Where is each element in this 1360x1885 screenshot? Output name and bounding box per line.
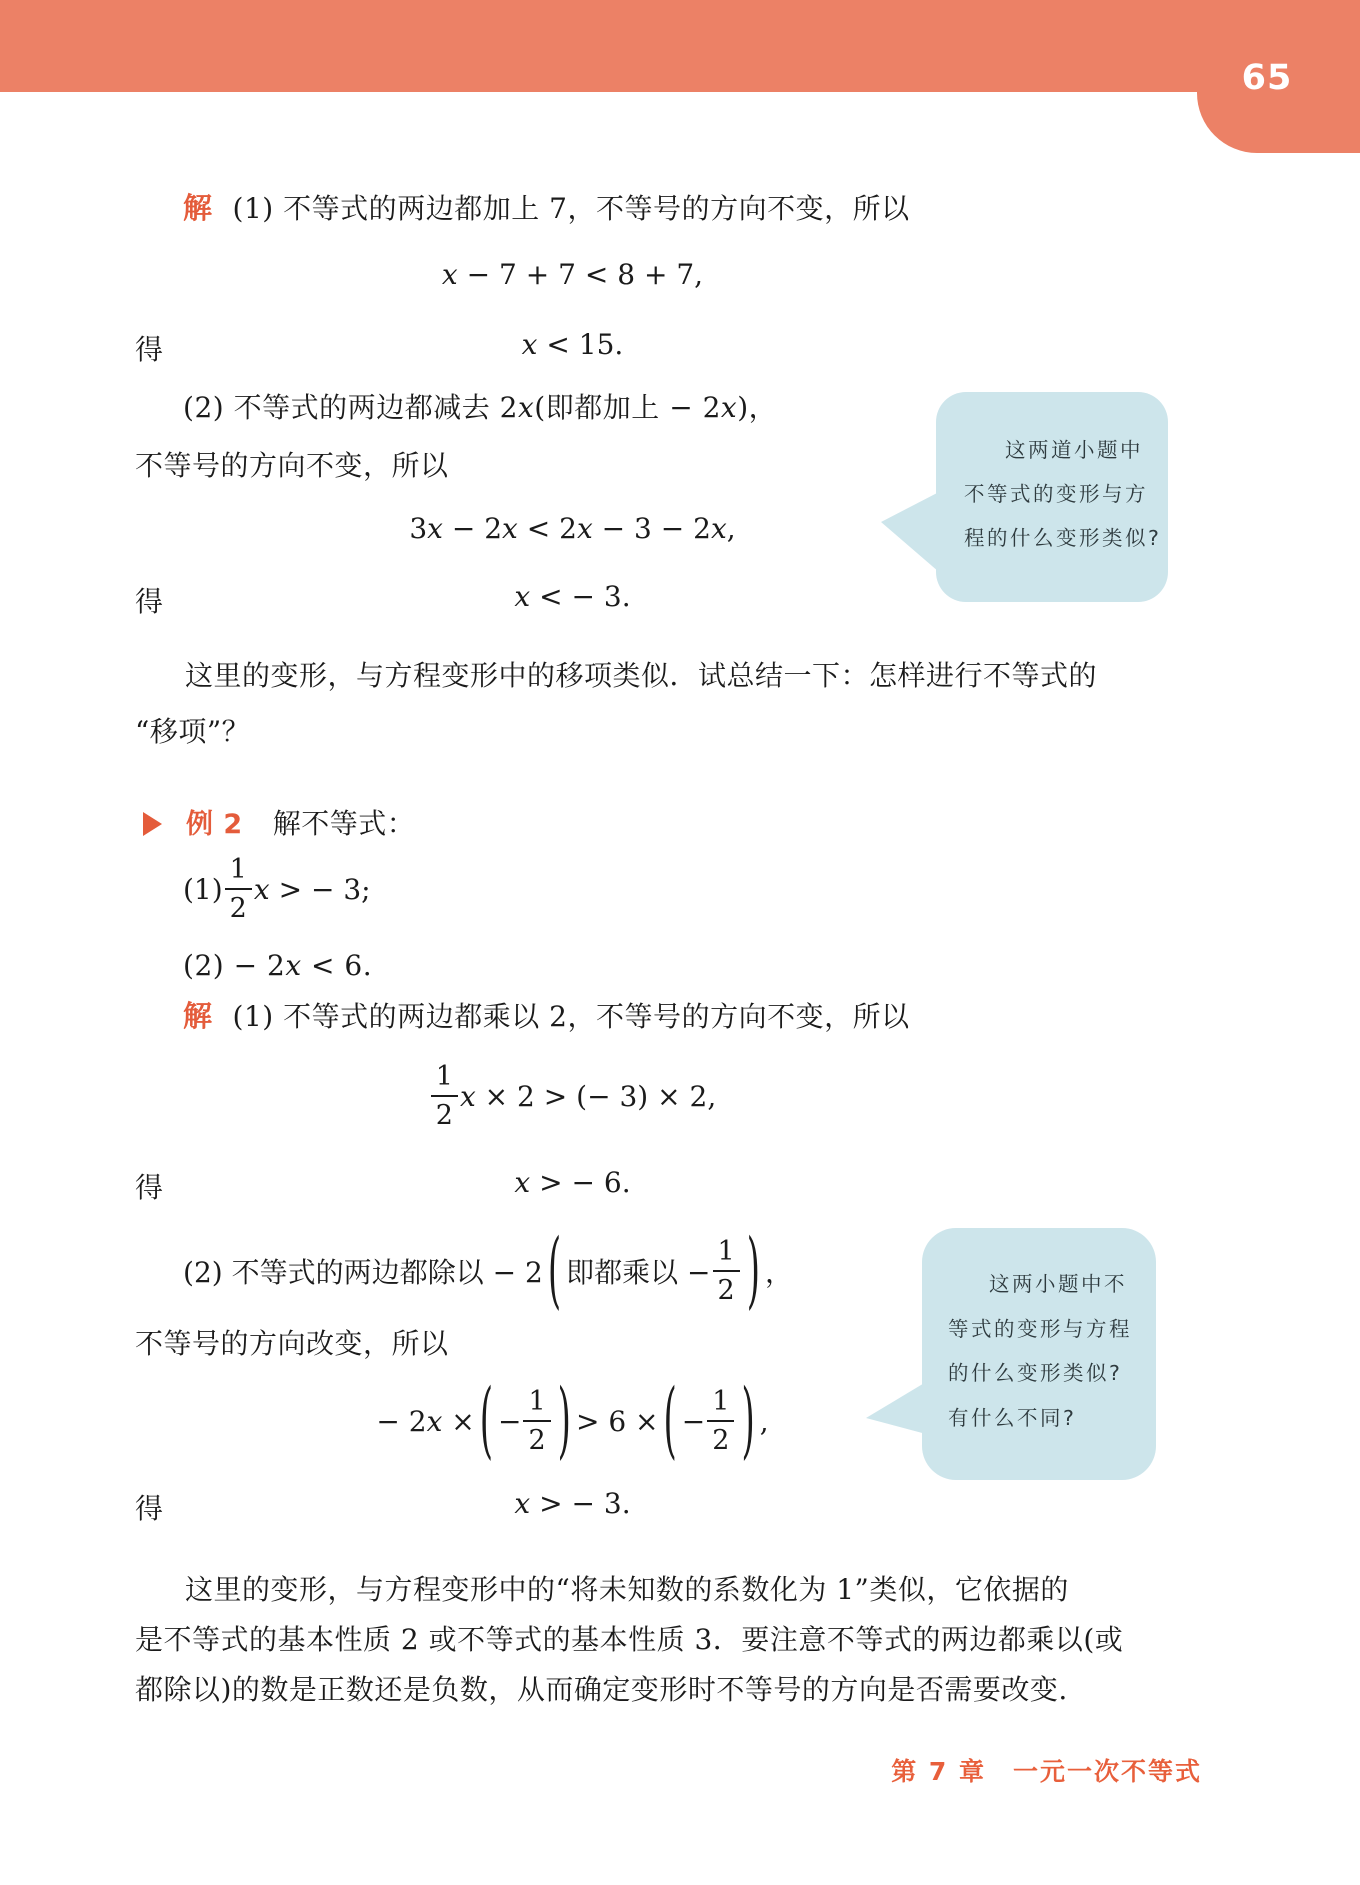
bubble1-line: 不等式的变形与方 [964, 472, 1148, 516]
eq4-mid: > 6 × [576, 1405, 659, 1438]
fraction-one-half: 12 [707, 1388, 734, 1454]
equation-3-result: x > − 6. [135, 1166, 1010, 1199]
header-band [0, 0, 1360, 92]
de-label: 得 [135, 1487, 163, 1527]
bubble1-line: 这两道小题中 [964, 428, 1148, 472]
item1-pre: (1) [183, 873, 223, 906]
example2-label: 例 2 [186, 809, 243, 840]
equation-3: 12 x × 2 > (− 3) × 2, [135, 1052, 1010, 1140]
bubble2-line: 等式的变形与方程 [948, 1307, 1136, 1352]
equation-1-result: x < 15. [135, 328, 1010, 361]
eq4-neg: − [682, 1405, 705, 1438]
item1-post: x > − 3; [254, 873, 371, 906]
step2-end: ， [765, 1251, 793, 1291]
bubble2-line: 有什么不同? [948, 1396, 1136, 1441]
solution2-step1-text: (1) 不等式的两边都乘以 2，不等号的方向不变，所以 [233, 1000, 910, 1033]
eq4-end: , [760, 1405, 769, 1438]
equation-2-result: x < − 3. [135, 580, 1010, 613]
big-paren-open: ( [664, 1372, 677, 1470]
example2-item2: (2) − 2x < 6. [183, 948, 372, 984]
example2-title: 解不等式： [273, 807, 416, 840]
result-row-2: 得 x < − 3. [135, 580, 1010, 613]
example2-item1: (1) 12 x > − 3; [183, 845, 371, 933]
speech-bubble-2: 这两小题中不 等式的变形与方程 的什么变形类似? 有什么不同? [922, 1228, 1156, 1480]
equation-4-result: x > − 3. [135, 1487, 1010, 1520]
fraction-one-half: 12 [713, 1238, 740, 1304]
bubble1-tail [881, 492, 939, 572]
big-paren-close: ) [741, 1372, 754, 1470]
big-paren-open: ( [480, 1372, 493, 1470]
bubble2-tail [866, 1382, 926, 1434]
solution2-step2-line1: (2) 不等式的两边都除以 − 2 ( 即都乘以 − 12 ) ， [183, 1228, 793, 1314]
de-label: 得 [135, 328, 163, 368]
paragraph1-line2: “移项”？ [135, 714, 250, 750]
paragraph2-line1-text: 这里的变形，与方程变形中的“将未知数的系数化为 1”类似，它依据的 [185, 1573, 1069, 1606]
equation-1: x − 7 + 7 < 8 + 7, [135, 258, 1010, 291]
fraction-one-half: 12 [431, 1063, 458, 1129]
big-paren-open: ( [548, 1222, 561, 1320]
speech-bubble-1: 这两道小题中 不等式的变形与方 程的什么变形类似? [936, 392, 1168, 602]
step2-inner: 即都乘以 − [566, 1251, 710, 1291]
page-number: 65 [1197, 58, 1337, 98]
paragraph2-line2: 是不等式的基本性质 2 或不等式的基本性质 3．要注意不等式的两边都乘以(或 [135, 1622, 1123, 1658]
solution1-step2-line2: 不等号的方向不变，所以 [135, 448, 449, 484]
solution2-step2-line2: 不等号的方向改变，所以 [135, 1326, 449, 1362]
paragraph2-line1: 这里的变形，与方程变形中的“将未知数的系数化为 1”类似，它依据的 [135, 1572, 1069, 1608]
big-paren-close: ) [747, 1222, 760, 1320]
result-row-3: 得 x > − 6. [135, 1166, 1010, 1199]
fraction-one-half: 12 [225, 856, 252, 922]
solution2-step1-line: 解(1) 不等式的两边都乘以 2，不等号的方向不变，所以 [183, 998, 910, 1035]
eq4-neg: − [498, 1405, 521, 1438]
de-label: 得 [135, 580, 163, 620]
bubble2-line: 这两小题中不 [948, 1262, 1136, 1307]
step2-pre: (2) 不等式的两边都除以 − 2 [183, 1251, 543, 1291]
paragraph1-line1-text: 这里的变形，与方程变形中的移项类似．试总结一下：怎样进行不等式的 [185, 659, 1097, 692]
result-row-4: 得 x > − 3. [135, 1487, 1010, 1520]
de-label: 得 [135, 1166, 163, 1206]
bubble2-line: 的什么变形类似? [948, 1351, 1136, 1396]
equation-2: 3x − 2x < 2x − 3 − 2x, [135, 512, 1010, 545]
equation-3-post: x × 2 > (− 3) × 2, [460, 1080, 716, 1113]
solution1-step1-line: 解(1) 不等式的两边都加上 7，不等号的方向不变，所以 [183, 190, 910, 227]
result-row-1: 得 x < 15. [135, 328, 1010, 361]
bubble1-line: 程的什么变形类似? [964, 516, 1148, 560]
fraction-one-half: 12 [523, 1388, 550, 1454]
solution-label: 解 [183, 999, 213, 1033]
textbook-page: 65 解(1) 不等式的两边都加上 7，不等号的方向不变，所以 x − 7 + … [0, 0, 1360, 1885]
paragraph1-line1: 这里的变形，与方程变形中的移项类似．试总结一下：怎样进行不等式的 [135, 658, 1097, 694]
example-marker-icon [143, 812, 162, 836]
solution1-step1-text: (1) 不等式的两边都加上 7，不等号的方向不变，所以 [233, 192, 910, 225]
example2-heading: 例 2解不等式： [143, 806, 415, 843]
solution-label: 解 [183, 191, 213, 225]
solution1-step2-line1: (2) 不等式的两边都减去 2x(即都加上 − 2x)， [183, 390, 777, 426]
chapter-footer: 第 7 章 一元一次不等式 [891, 1752, 1202, 1788]
paragraph2-line3: 都除以)的数是正数还是负数，从而确定变形时不等号的方向是否需要改变. [135, 1672, 1068, 1708]
eq4-pre: − 2x × [376, 1405, 474, 1438]
big-paren-close: ) [558, 1372, 571, 1470]
